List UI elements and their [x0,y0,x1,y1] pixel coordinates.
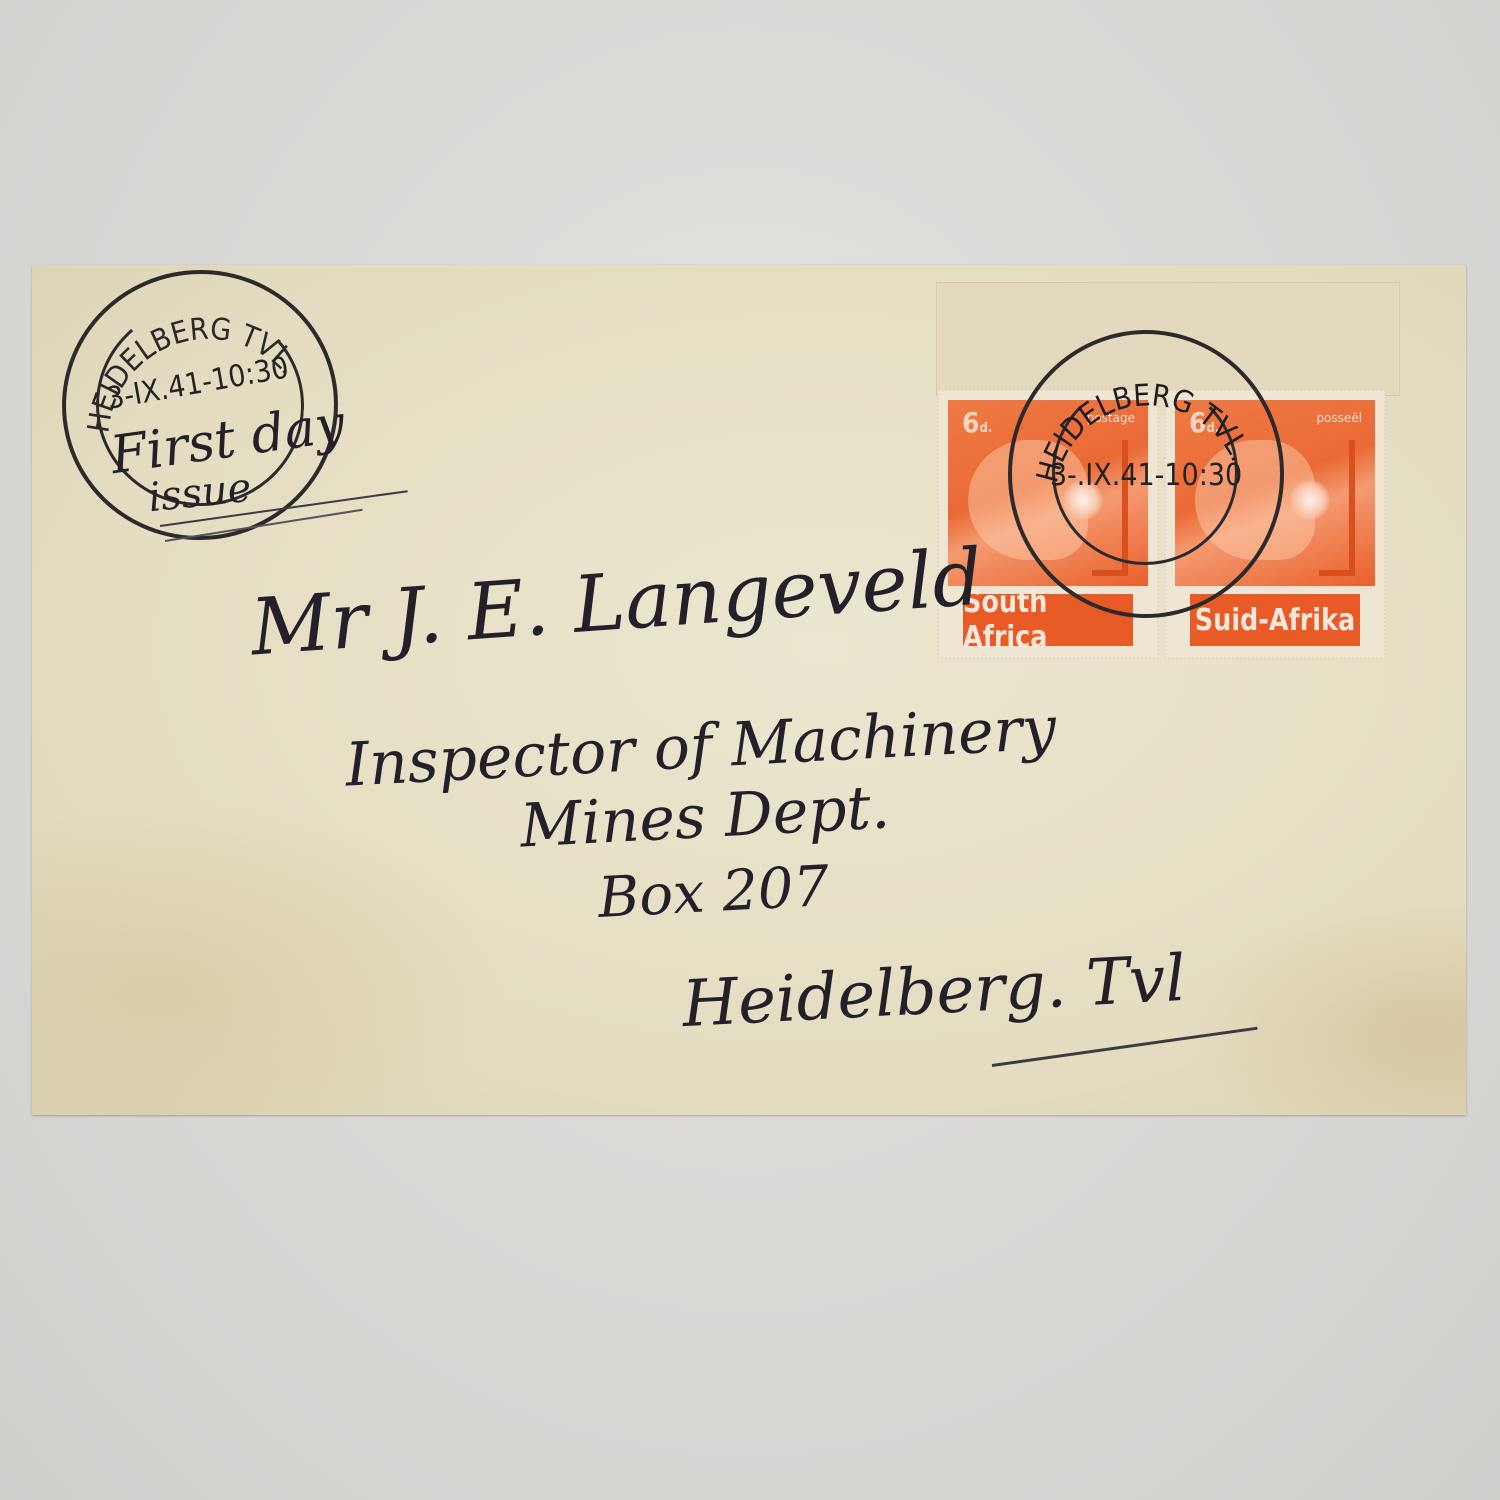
stamp-word: posseël [1313,410,1365,426]
address-box: Box 207 [596,854,830,931]
postmark-date: 3-.IX.41-10:30 [1012,458,1280,493]
postmark-heidelberg-on-stamps: HEIDELBERG TVL. 3-.IX.41-10:30 [1008,330,1284,618]
stamp-value: 6d. [962,406,992,439]
stamp-frame [1319,440,1355,576]
